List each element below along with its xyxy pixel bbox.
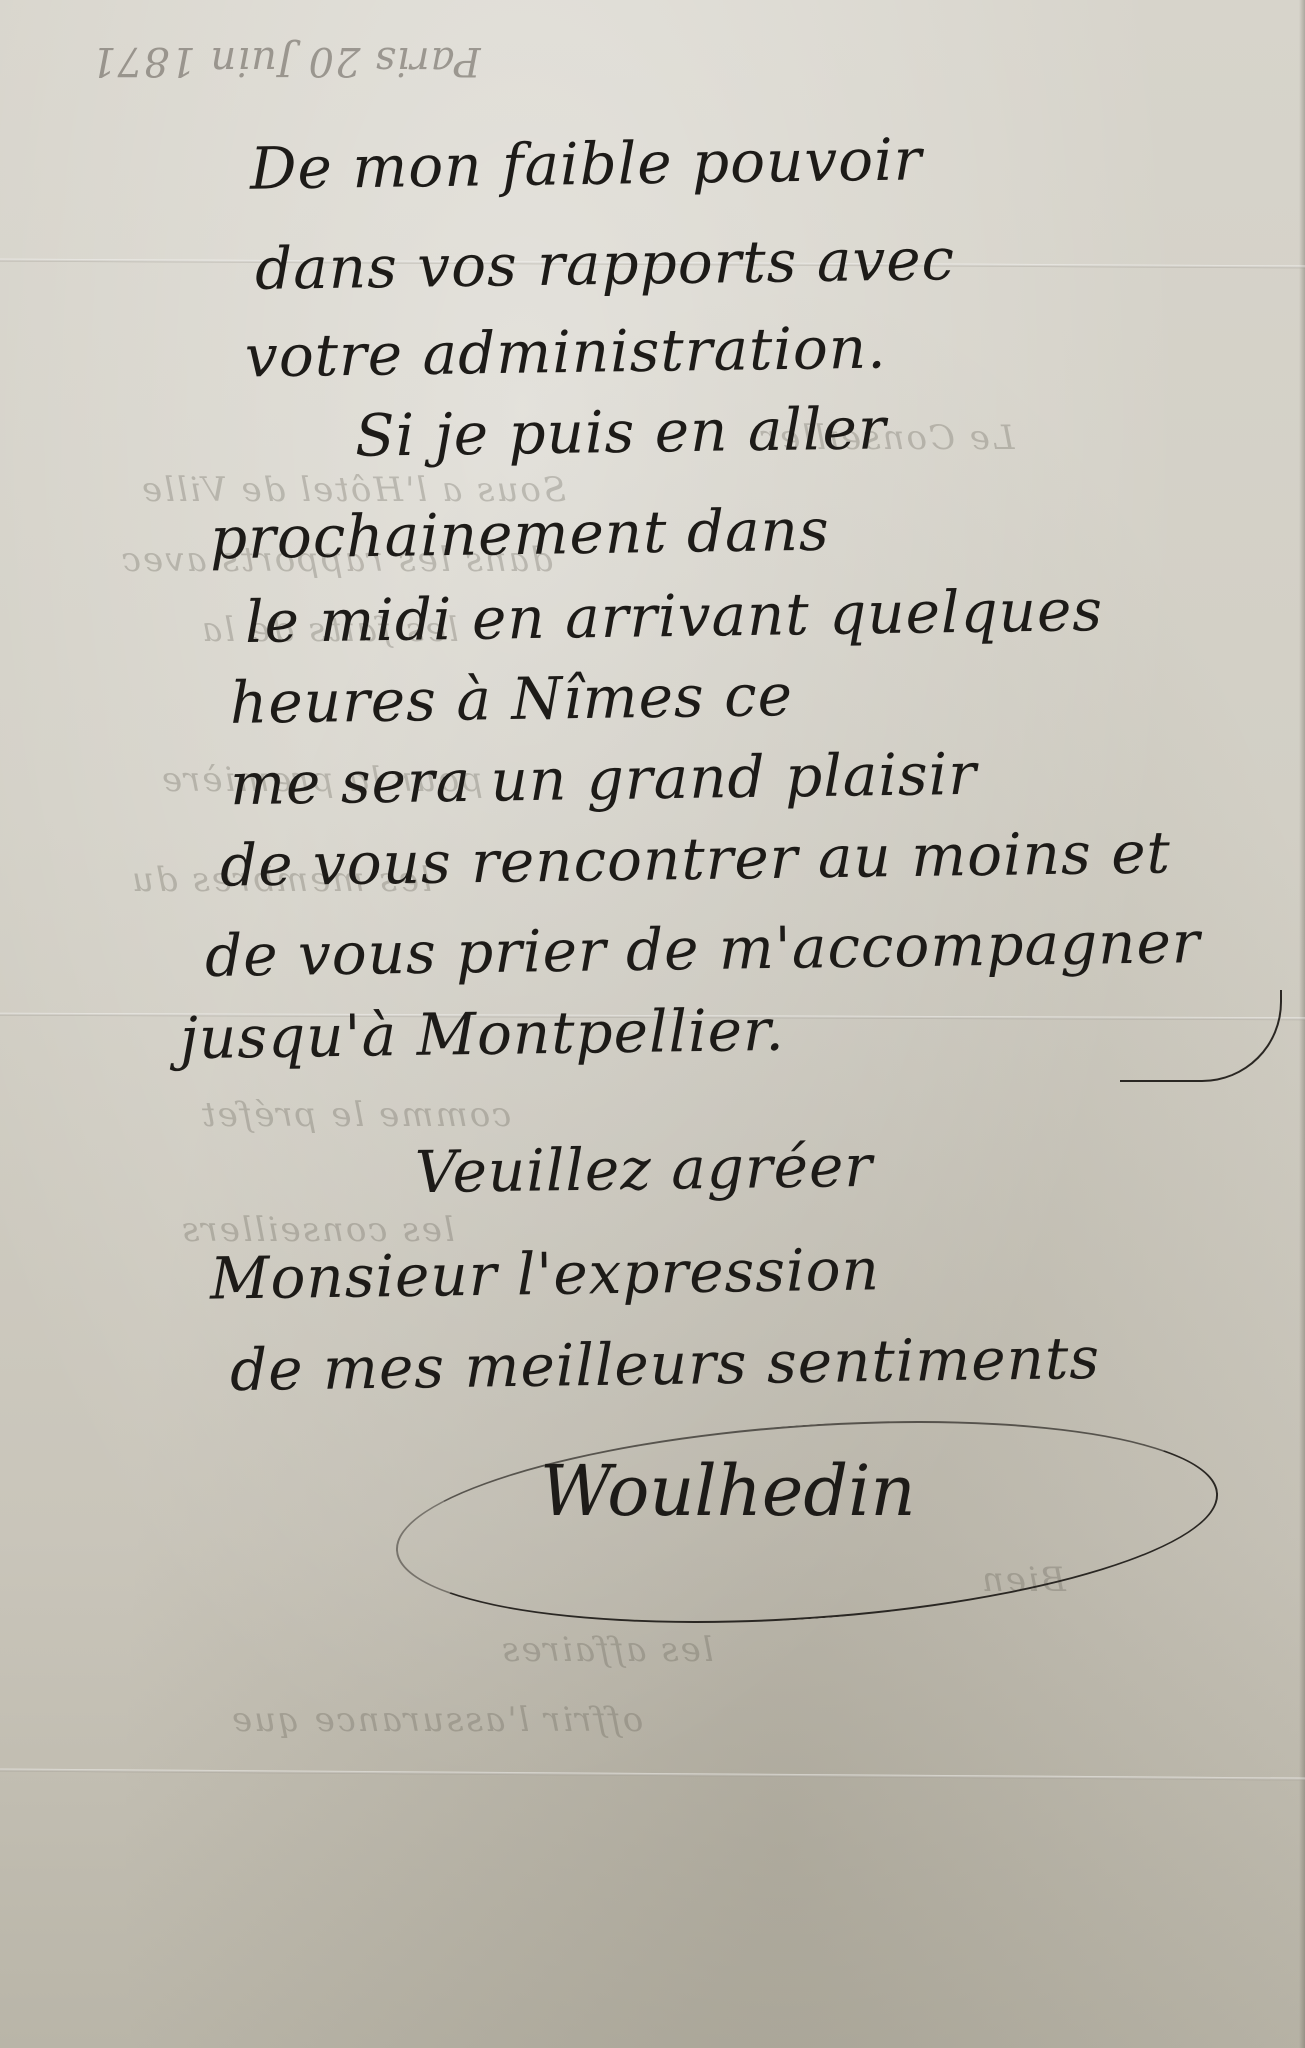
bleed-through-text: les affaires [500, 1630, 714, 1670]
letter-line: Si je puis en aller [355, 394, 887, 469]
paper-edge [1299, 0, 1305, 2048]
bleed-through-text: offrir l'assurance que [230, 1700, 643, 1740]
pen-flourish [1120, 990, 1282, 1082]
letter-line: le midi en arrivant quelques [245, 576, 1104, 656]
letter-line: me sera un grand plaisir [230, 740, 978, 818]
bleed-through-text: comme le préfet [200, 1095, 511, 1135]
letter-line: Veuillez agréer [415, 1132, 874, 1206]
letter-line: de vous rencontrer au moins et [220, 818, 1172, 899]
letter-line: dans vos rapports avec [255, 225, 956, 303]
letter-page: Le Conseiller Sous a l'Hôtel de Ville da… [0, 0, 1305, 2048]
letter-line: prochainement dans [210, 496, 831, 573]
letter-line: jusqu'à Montpellier. [180, 996, 786, 1072]
dateline: Paris 20 Juin 1871 [90, 38, 481, 84]
letter-line: de mes meilleurs sentiments [230, 1324, 1101, 1404]
letter-line: heures à Nîmes ce [230, 661, 794, 737]
letter-line: De mon faible pouvoir [250, 125, 923, 202]
letter-line: votre administration. [245, 314, 887, 391]
signature: Woulhedin [540, 1450, 916, 1532]
letter-line: Monsieur l'expression [210, 1235, 881, 1312]
letter-line: de vous prier de m'accompagner [205, 908, 1201, 990]
paper-fold [0, 1768, 1305, 1780]
